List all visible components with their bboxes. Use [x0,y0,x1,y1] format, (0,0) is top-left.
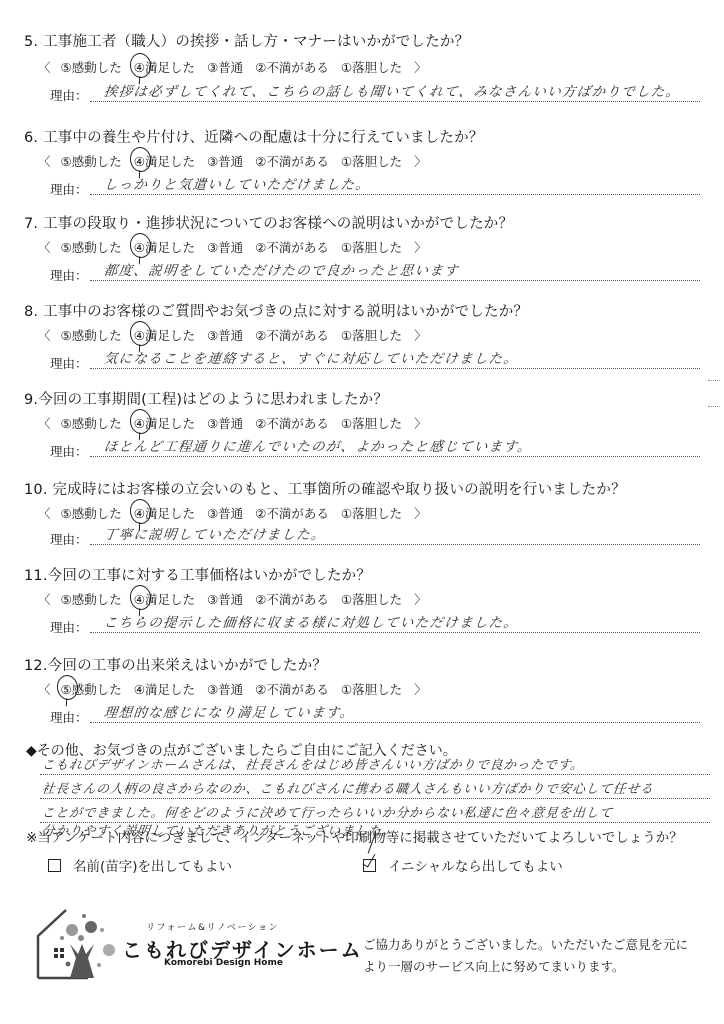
question-number: 10. [24,482,48,498]
checkbox-checked[interactable] [363,859,376,872]
option-4-selected[interactable]: ④満足した [134,152,195,170]
question-text: 工事中の養生や片付け、近隣への配慮は十分に行えていましたか？ [43,130,483,146]
rating-options: 〈 ⑤感動した ④満足した ③普通 ②不満がある ①落胆した 〉 [38,680,437,698]
option-1[interactable]: ①落胆した [341,590,402,608]
handwritten-reason: 理想的な感じになり満足しています。 [103,701,356,721]
reason-field[interactable]: 理想的な感じになり満足しています。 [90,704,700,723]
bracket-close: 〉 [414,238,427,256]
question-text: 今回の工事期間(工程)はどのように思われましたか？ [38,392,388,408]
question-text: 工事施工者（職人）の挨拶・話し方・マナーはいかがでしたか？ [43,34,469,50]
handwritten-comment: こもれびデザインホームさんは、社長さんをはじめ皆さんいい方ばかりで良かったです。 [41,754,585,773]
option-3[interactable]: ③普通 [207,590,243,608]
permission-label: イニシャルなら出してもよい [388,855,563,875]
option-1[interactable]: ①落胆した [341,504,402,522]
free-comment-line[interactable]: 社長さんの人柄の良さからなのか、こもれびさんに携わる職人さんもいい方ばかりで安心… [40,780,710,799]
reason-label: 理由： [50,266,88,284]
rating-options: 〈 ⑤感動した ④満足した ③普通 ②不満がある ①落胆した 〉 [38,414,437,432]
rating-options: 〈 ⑤感動した ④満足した ③普通 ②不満がある ①落胆した 〉 [38,504,437,522]
scan-artifact [708,380,720,382]
handwritten-reason: こちらの提示した価格に収まる様に対処していただけました。 [103,611,520,631]
reason-label: 理由： [50,442,88,460]
option-4-selected[interactable]: ④満足した [134,58,195,76]
option-3[interactable]: ③普通 [207,58,243,76]
option-2[interactable]: ②不満がある [255,238,329,256]
selection-circle-mark [55,674,79,702]
question-number: 12. [24,658,48,674]
selection-circle-mark [128,320,152,348]
option-4-selected[interactable]: ④満足した [134,238,195,256]
question-text: 今回の工事に対する工事価格はいかがでしたか？ [48,568,371,584]
option-5-selected[interactable]: ⑤感動した [61,680,122,698]
rating-options: 〈 ⑤感動した ④満足した ③普通 ②不満がある ①落胆した 〉 [38,238,437,256]
handwritten-reason: ほとんど工程通りに進んでいたのが、よかったと感じています。 [103,435,533,455]
handwritten-comment: ことができました。何をどのように決めて行ったらいいか分からない私達に色々意見を出… [41,802,614,821]
option-5[interactable]: ⑤感動した [61,58,122,76]
option-5[interactable]: ⑤感動した [61,152,122,170]
bracket-open: 〈 [38,414,51,432]
option-1[interactable]: ①落胆した [341,152,402,170]
option-2[interactable]: ②不満がある [255,326,329,344]
question-text: 完成時にはお客様の立会いのもと、工事箇所の確認や取り扱いの説明を行いましたか？ [52,482,625,498]
option-3[interactable]: ③普通 [207,152,243,170]
thanks-message: ご協力ありがとうございました。いただいたご意見を元に より一層のサービス向上に努… [363,934,688,978]
option-3[interactable]: ③普通 [207,238,243,256]
option-5[interactable]: ⑤感動した [61,238,122,256]
thanks-line-1: ご協力ありがとうございました。いただいたご意見を元に [363,934,688,956]
permission-option-initials[interactable]: イニシャルなら出してもよい [363,855,563,875]
company-logo: リフォーム&リノベーション こもれびデザインホーム Komorebi Desig… [36,908,306,980]
selection-circle-mark [128,584,152,612]
option-2[interactable]: ②不満がある [255,504,329,522]
rating-options: 〈 ⑤感動した ④満足した ③普通 ②不満がある ①落胆した 〉 [38,58,437,76]
question-text: 今回の工事の出来栄えはいかがでしたか？ [48,658,327,674]
option-3[interactable]: ③普通 [207,326,243,344]
selection-circle-mark [128,52,152,80]
option-1[interactable]: ①落胆した [341,680,402,698]
reason-field[interactable]: 丁寧に説明していただけました。 [90,526,700,545]
bracket-close: 〉 [414,504,427,522]
option-5[interactable]: ⑤感動した [61,504,122,522]
free-comment-line[interactable]: こもれびデザインホームさんは、社長さんをはじめ皆さんいい方ばかりで良かったです。 [40,756,710,775]
handwritten-reason: 丁寧に説明していただけました。 [103,523,327,543]
house-tree-logo-icon [36,908,126,980]
option-2[interactable]: ②不満がある [255,590,329,608]
option-4-selected[interactable]: ④満足した [134,504,195,522]
bracket-open: 〈 [38,504,51,522]
question-8-title: 8. 工事中のお客様のご質問やお気づきの点に対する説明はいかがでしたか？ [24,300,528,321]
selection-circle-mark [128,232,152,260]
reason-field[interactable]: 都度、説明をしていただけたので良かったと思います [90,262,700,281]
reason-field[interactable]: 挨拶は必ずしてくれて、こちらの話しも聞いてくれて、みなさんいい方ばかりでした。 [90,83,700,102]
option-2[interactable]: ②不満がある [255,152,329,170]
reason-label: 理由： [50,530,88,548]
reason-label: 理由： [50,618,88,636]
question-10-title: 10. 完成時にはお客様の立会いのもと、工事箇所の確認や取り扱いの説明を行いまし… [24,478,626,499]
selection-circle-mark [128,498,152,526]
reason-field[interactable]: こちらの提示した価格に収まる様に対処していただけました。 [90,614,700,633]
option-4[interactable]: ④満足した [134,680,195,698]
option-1[interactable]: ①落胆した [341,414,402,432]
scan-artifact [708,406,720,408]
checkbox-unchecked[interactable] [48,859,61,872]
question-7-title: 7. 工事の段取り・進捗状況についてのお客様への説明はいかがでしたか？ [24,212,513,233]
reason-field[interactable]: しっかりと気遣いしていただけました。 [90,176,700,195]
option-1[interactable]: ①落胆した [341,238,402,256]
question-number: 9. [24,392,38,408]
option-5[interactable]: ⑤感動した [61,590,122,608]
handwritten-reason: 都度、説明をしていただけたので良かったと思います [103,259,460,279]
reason-field[interactable]: 気になることを連絡すると、すぐに対応していただけました。 [90,350,700,369]
question-text: 工事中のお客様のご質問やお気づきの点に対する説明はいかがでしたか？ [43,304,528,320]
thanks-line-2: より一層のサービス向上に努めてまいります。 [363,956,688,978]
bracket-close: 〉 [414,590,427,608]
reason-field[interactable]: ほとんど工程通りに進んでいたのが、よかったと感じています。 [90,438,700,457]
option-1[interactable]: ①落胆した [341,326,402,344]
option-2[interactable]: ②不満がある [255,680,329,698]
option-4-selected[interactable]: ④満足した [134,414,195,432]
option-2[interactable]: ②不満がある [255,58,329,76]
handwritten-reason: 気になることを連絡すると、すぐに対応していただけました。 [103,347,520,367]
permission-label: 名前(苗字)を出してもよい [73,855,232,875]
question-5-title: 5. 工事施工者（職人）の挨拶・話し方・マナーはいかがでしたか？ [24,30,469,51]
option-5[interactable]: ⑤感動した [61,414,122,432]
rating-options: 〈 ⑤感動した ④満足した ③普通 ②不満がある ①落胆した 〉 [38,326,437,344]
handwritten-reason: 挨拶は必ずしてくれて、こちらの話しも聞いてくれて、みなさんいい方ばかりでした。 [103,80,682,100]
bracket-close: 〉 [414,58,427,76]
question-number: 8. [24,304,38,320]
bracket-close: 〉 [414,414,427,432]
rating-options: 〈 ⑤感動した ④満足した ③普通 ②不満がある ①落胆した 〉 [38,152,437,170]
reason-label: 理由： [50,180,88,198]
selection-circle-mark [128,408,152,436]
bracket-open: 〈 [38,152,51,170]
option-4-selected[interactable]: ④満足した [134,590,195,608]
bracket-open: 〈 [38,238,51,256]
question-number: 6. [24,130,38,146]
question-12-title: 12.今回の工事の出来栄えはいかがでしたか？ [24,654,327,675]
reason-label: 理由： [50,354,88,372]
permission-option-name[interactable]: 名前(苗字)を出してもよい [48,855,232,875]
question-text: 工事の段取り・進捗状況についてのお客様への説明はいかがでしたか？ [43,216,513,232]
bracket-open: 〈 [38,590,51,608]
question-number: 11. [24,568,48,584]
option-4-selected[interactable]: ④満足した [134,326,195,344]
bracket-open: 〈 [38,680,51,698]
reason-label: 理由： [50,86,88,104]
handwritten-reason: しっかりと気遣いしていただけました。 [103,173,372,193]
question-number: 7. [24,216,38,232]
bracket-open: 〈 [38,326,51,344]
question-9-title: 9.今回の工事期間(工程)はどのように思われましたか？ [24,388,388,409]
bracket-close: 〉 [414,680,427,698]
question-number: 5. [24,34,38,50]
bracket-close: 〉 [414,326,427,344]
option-2[interactable]: ②不満がある [255,414,329,432]
handwritten-comment: 社長さんの人柄の良さからなのか、こもれびさんに携わる職人さんもいい方ばかりで安心… [41,778,655,797]
selection-circle-mark [128,146,152,174]
publish-permission-question: ※当アンケート内容につきまして、インターネットや印刷物等に掲載させていただいてよ… [26,826,683,846]
company-name-english: Komorebi Design Home [164,958,283,968]
question-6-title: 6. 工事中の養生や片付け、近隣への配慮は十分に行えていましたか？ [24,126,483,147]
company-tagline: リフォーム&リノベーション [146,920,279,933]
rating-options: 〈 ⑤感動した ④満足した ③普通 ②不満がある ①落胆した 〉 [38,590,437,608]
option-3[interactable]: ③普通 [207,414,243,432]
option-5[interactable]: ⑤感動した [61,326,122,344]
option-3[interactable]: ③普通 [207,504,243,522]
bracket-open: 〈 [38,58,51,76]
reason-label: 理由： [50,708,88,726]
bracket-close: 〉 [414,152,427,170]
question-11-title: 11.今回の工事に対する工事価格はいかがでしたか？ [24,564,371,585]
option-3[interactable]: ③普通 [207,680,243,698]
option-1[interactable]: ①落胆した [341,58,402,76]
